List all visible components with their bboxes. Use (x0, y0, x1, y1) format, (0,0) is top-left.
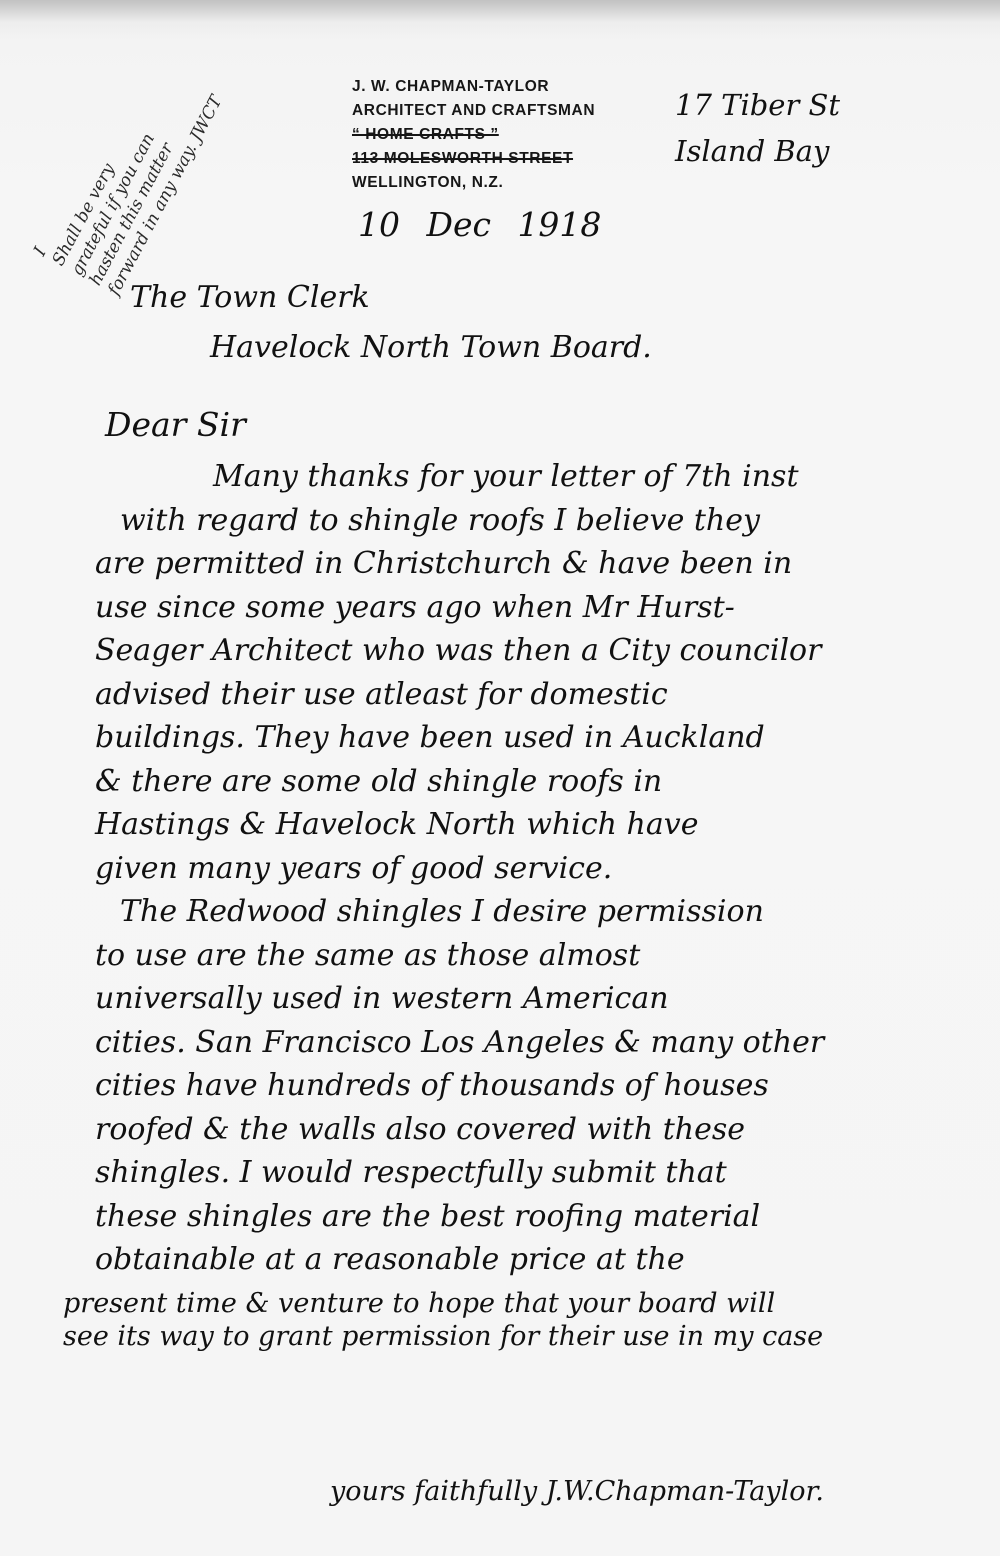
letterhead-house-name: “ HOME CRAFTS ” (352, 123, 595, 147)
body-line: shingles. I would respectfully submit th… (95, 1151, 955, 1195)
letter-page: I Shall be very grateful if you can hast… (0, 0, 1000, 1556)
marginal-note: I Shall be very grateful if you can hast… (30, 20, 245, 299)
body-line: are permitted in Christchurch & have bee… (95, 542, 955, 586)
salutation: Dear Sir (105, 405, 246, 444)
closing-signature: yours faithfully J.W.Chapman-Taylor. (330, 1476, 824, 1507)
letter-body: Many thanks for your letter of 7th inst … (95, 455, 955, 1359)
address-line-2: Island Bay (675, 128, 840, 174)
body-line: cities. San Francisco Los Angeles & many… (95, 1021, 955, 1065)
body-line: roofed & the walls also covered with the… (95, 1108, 955, 1152)
scan-shadow (0, 0, 1000, 22)
body-line: advised their use atleast for domestic (95, 673, 955, 717)
body-line: The Redwood shingles I desire permission (95, 890, 955, 934)
letterhead: J. W. CHAPMAN-TAYLOR ARCHITECT AND CRAFT… (352, 75, 595, 195)
body-line: given many years of good service. (95, 847, 955, 891)
body-line: obtainable at a reasonable price at the (95, 1238, 955, 1282)
body-line: cities have hundreds of thousands of hou… (95, 1064, 955, 1108)
body-line: to use are the same as those almost (95, 934, 955, 978)
body-line: with regard to shingle roofs I believe t… (95, 499, 955, 543)
body-line: universally used in western American (95, 977, 955, 1021)
recipient-line-2: Havelock North Town Board. (210, 330, 652, 365)
recipient-line-1: The Town Clerk (130, 280, 370, 315)
body-line: these shingles are the best roofing mate… (95, 1195, 955, 1239)
handwritten-address: 17 Tiber St Island Bay (675, 82, 840, 174)
letterhead-title: ARCHITECT AND CRAFTSMAN (352, 99, 595, 123)
body-line: buildings. They have been used in Auckla… (95, 716, 955, 760)
body-line: Many thanks for your letter of 7th inst (95, 455, 955, 499)
body-line: see its way to grant permission for thei… (63, 1315, 955, 1359)
letterhead-city: WELLINGTON, N.Z. (352, 171, 595, 195)
body-line: Hastings & Havelock North which have (95, 803, 955, 847)
letterhead-street: 113 MOLESWORTH STREET (352, 147, 595, 171)
body-line: use since some years ago when Mr Hurst- (95, 586, 955, 630)
letterhead-name: J. W. CHAPMAN-TAYLOR (352, 75, 595, 99)
letter-date: 10 Dec 1918 (358, 205, 601, 244)
address-line-1: 17 Tiber St (675, 82, 840, 128)
body-line: Seager Architect who was then a City cou… (95, 629, 955, 673)
body-line: & there are some old shingle roofs in (95, 760, 955, 804)
